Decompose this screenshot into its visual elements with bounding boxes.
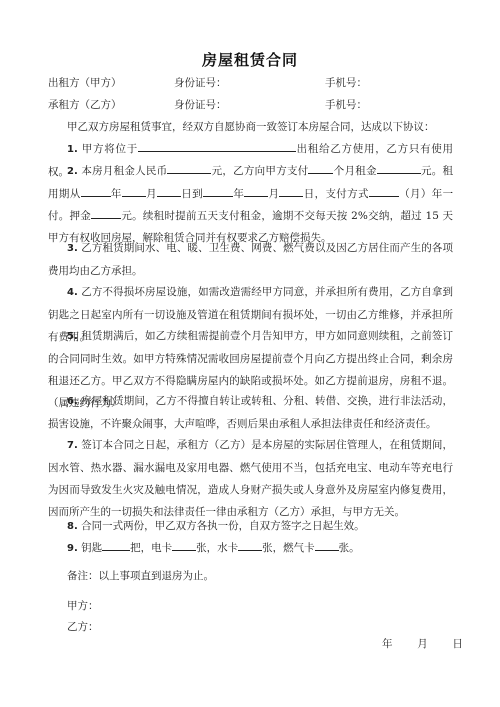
clause-text: 房屋租赁期间，乙方不得擅自转让或转租、分租、转借、交换，进行非法活动，损害设施，… (48, 395, 453, 430)
lessee-id-label: 身份证号： (174, 98, 227, 112)
clause-text: 乙方租赁期间水、电、暖、卫生费、网费、燃气费以及因乙方居住而产生的各项费用均由乙… (48, 242, 453, 277)
end-year-blank[interactable] (203, 185, 233, 197)
clause-text: 个月租金 (333, 165, 376, 177)
clause-7: 7. 签订本合同之日起，承租方（乙方）是本房屋的实际居住管理人，在租赁期间，因水… (48, 434, 453, 523)
remark: 备注：以上事项直到退房为止。 (67, 569, 214, 583)
lessor-id-label: 身份证号： (174, 76, 227, 90)
lessor-label: 出租方（甲方） (48, 76, 122, 90)
keys-count-blank[interactable] (102, 539, 130, 551)
clause-number: 3. (67, 243, 78, 254)
deposit-blank[interactable] (91, 207, 121, 219)
start-year-blank[interactable] (81, 185, 111, 197)
clause-text: 月 (146, 188, 157, 200)
intro-text: 甲乙双方房屋租赁事宜，经双方自愿协商一致签订本房屋合同，达成以下协议： (67, 121, 435, 133)
date-month-label: 月 (417, 637, 428, 651)
clause-text: 把，电卡 (130, 542, 172, 554)
contract-page: 房屋租赁合同 出租方（甲方） 身份证号： 手机号： 承租方（乙方） 身份证号： … (0, 0, 500, 707)
clause-number: 5. (67, 331, 78, 342)
clause-text: 月 (268, 188, 279, 200)
clause-text: 张。 (339, 542, 360, 554)
clause-number: 6. (67, 396, 78, 407)
electric-card-blank[interactable] (172, 539, 196, 551)
clause-text: 签订本合同之日起，承租方（乙方）是本房屋的实际居住管理人，在租赁期间，因水管、热… (48, 439, 453, 518)
date-year-label: 年 (382, 637, 393, 651)
end-day-blank[interactable] (279, 185, 303, 197)
clause-number: 1. (67, 144, 78, 155)
end-month-blank[interactable] (244, 185, 268, 197)
start-day-blank[interactable] (157, 185, 181, 197)
clause-number: 2. (67, 166, 78, 177)
clause-text: 钥匙 (81, 542, 102, 554)
clause-3: 3. 乙方租赁期间水、电、暖、卫生费、网费、燃气费以及因乙方居住而产生的各项费用… (48, 237, 453, 282)
clause-text: 日，支付方式 (303, 188, 368, 200)
clause-number: 9. (67, 543, 78, 554)
signing-date: 年 月 日 (382, 637, 463, 651)
clause-text: 甲方将位于 (82, 143, 138, 155)
clause-number: 7. (67, 440, 78, 451)
clause-2: 2. 本房月租金人民币元，乙方向甲方支付个月租金元。租用期从年月日到年月日，支付… (48, 160, 453, 249)
monthly-rent-blank[interactable] (167, 162, 211, 174)
party-b-signature-label: 乙方： (67, 620, 99, 634)
gas-card-blank[interactable] (315, 539, 339, 551)
payment-method-blank[interactable] (369, 185, 399, 197)
lessee-label: 承租方（乙方） (48, 98, 122, 112)
months-paid-blank[interactable] (308, 162, 333, 174)
party-a-signature-label: 甲方： (67, 599, 99, 613)
date-day-label: 日 (452, 637, 463, 651)
clause-text: 本房月租金人民币 (81, 165, 167, 177)
clause-text: 年 (111, 188, 122, 200)
document-title: 房屋租赁合同 (0, 49, 500, 70)
rent-amount-blank[interactable] (377, 162, 421, 174)
clause-text: 张，水卡 (196, 542, 238, 554)
clause-text: 合同一式两份，甲乙双方各执一份，自双方签字之日起生效。 (81, 520, 365, 532)
clause-number: 8. (67, 521, 78, 532)
clause-6: 6. 房屋租赁期间，乙方不得擅自转让或转租、分租、转借、交换，进行非法活动，损害… (48, 390, 453, 435)
clause-text: 张，燃气卡 (262, 542, 315, 554)
clause-text: 年 (233, 188, 244, 200)
clause-text: 日到 (181, 188, 203, 200)
address-blank[interactable] (138, 140, 296, 152)
lessor-phone-label: 手机号： (325, 76, 367, 90)
clause-9: 9. 钥匙把，电卡张，水卡张，燃气卡张。 (48, 537, 453, 560)
clause-8: 8. 合同一式两份，甲乙双方各执一份，自双方签字之日起生效。 (48, 515, 453, 538)
clause-text: 元，乙方向甲方支付 (211, 165, 308, 177)
water-card-blank[interactable] (238, 539, 262, 551)
lessee-phone-label: 手机号： (325, 98, 367, 112)
clause-number: 4. (67, 287, 78, 298)
start-month-blank[interactable] (122, 185, 146, 197)
intro-paragraph: 甲乙双方房屋租赁事宜，经双方自愿协商一致签订本房屋合同，达成以下协议： (48, 116, 453, 138)
